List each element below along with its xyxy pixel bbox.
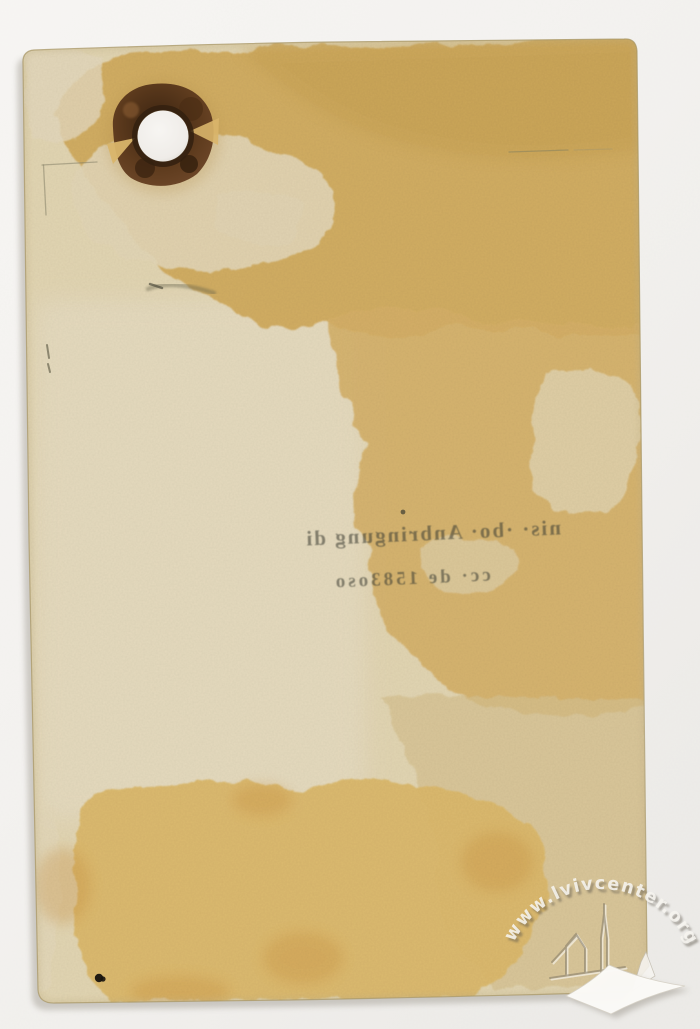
stain-light-middle	[35, 300, 365, 820]
tiny-speck	[401, 510, 406, 515]
scan-canvas: nis· ·bo· Anbringung di cc· de 1583oso w…	[0, 0, 700, 1029]
grommet-hole	[138, 111, 189, 162]
rust-grommet	[105, 78, 221, 194]
scanned-photo-back: nis· ·bo· Anbringung di cc· de 1583oso w…	[0, 0, 700, 1029]
